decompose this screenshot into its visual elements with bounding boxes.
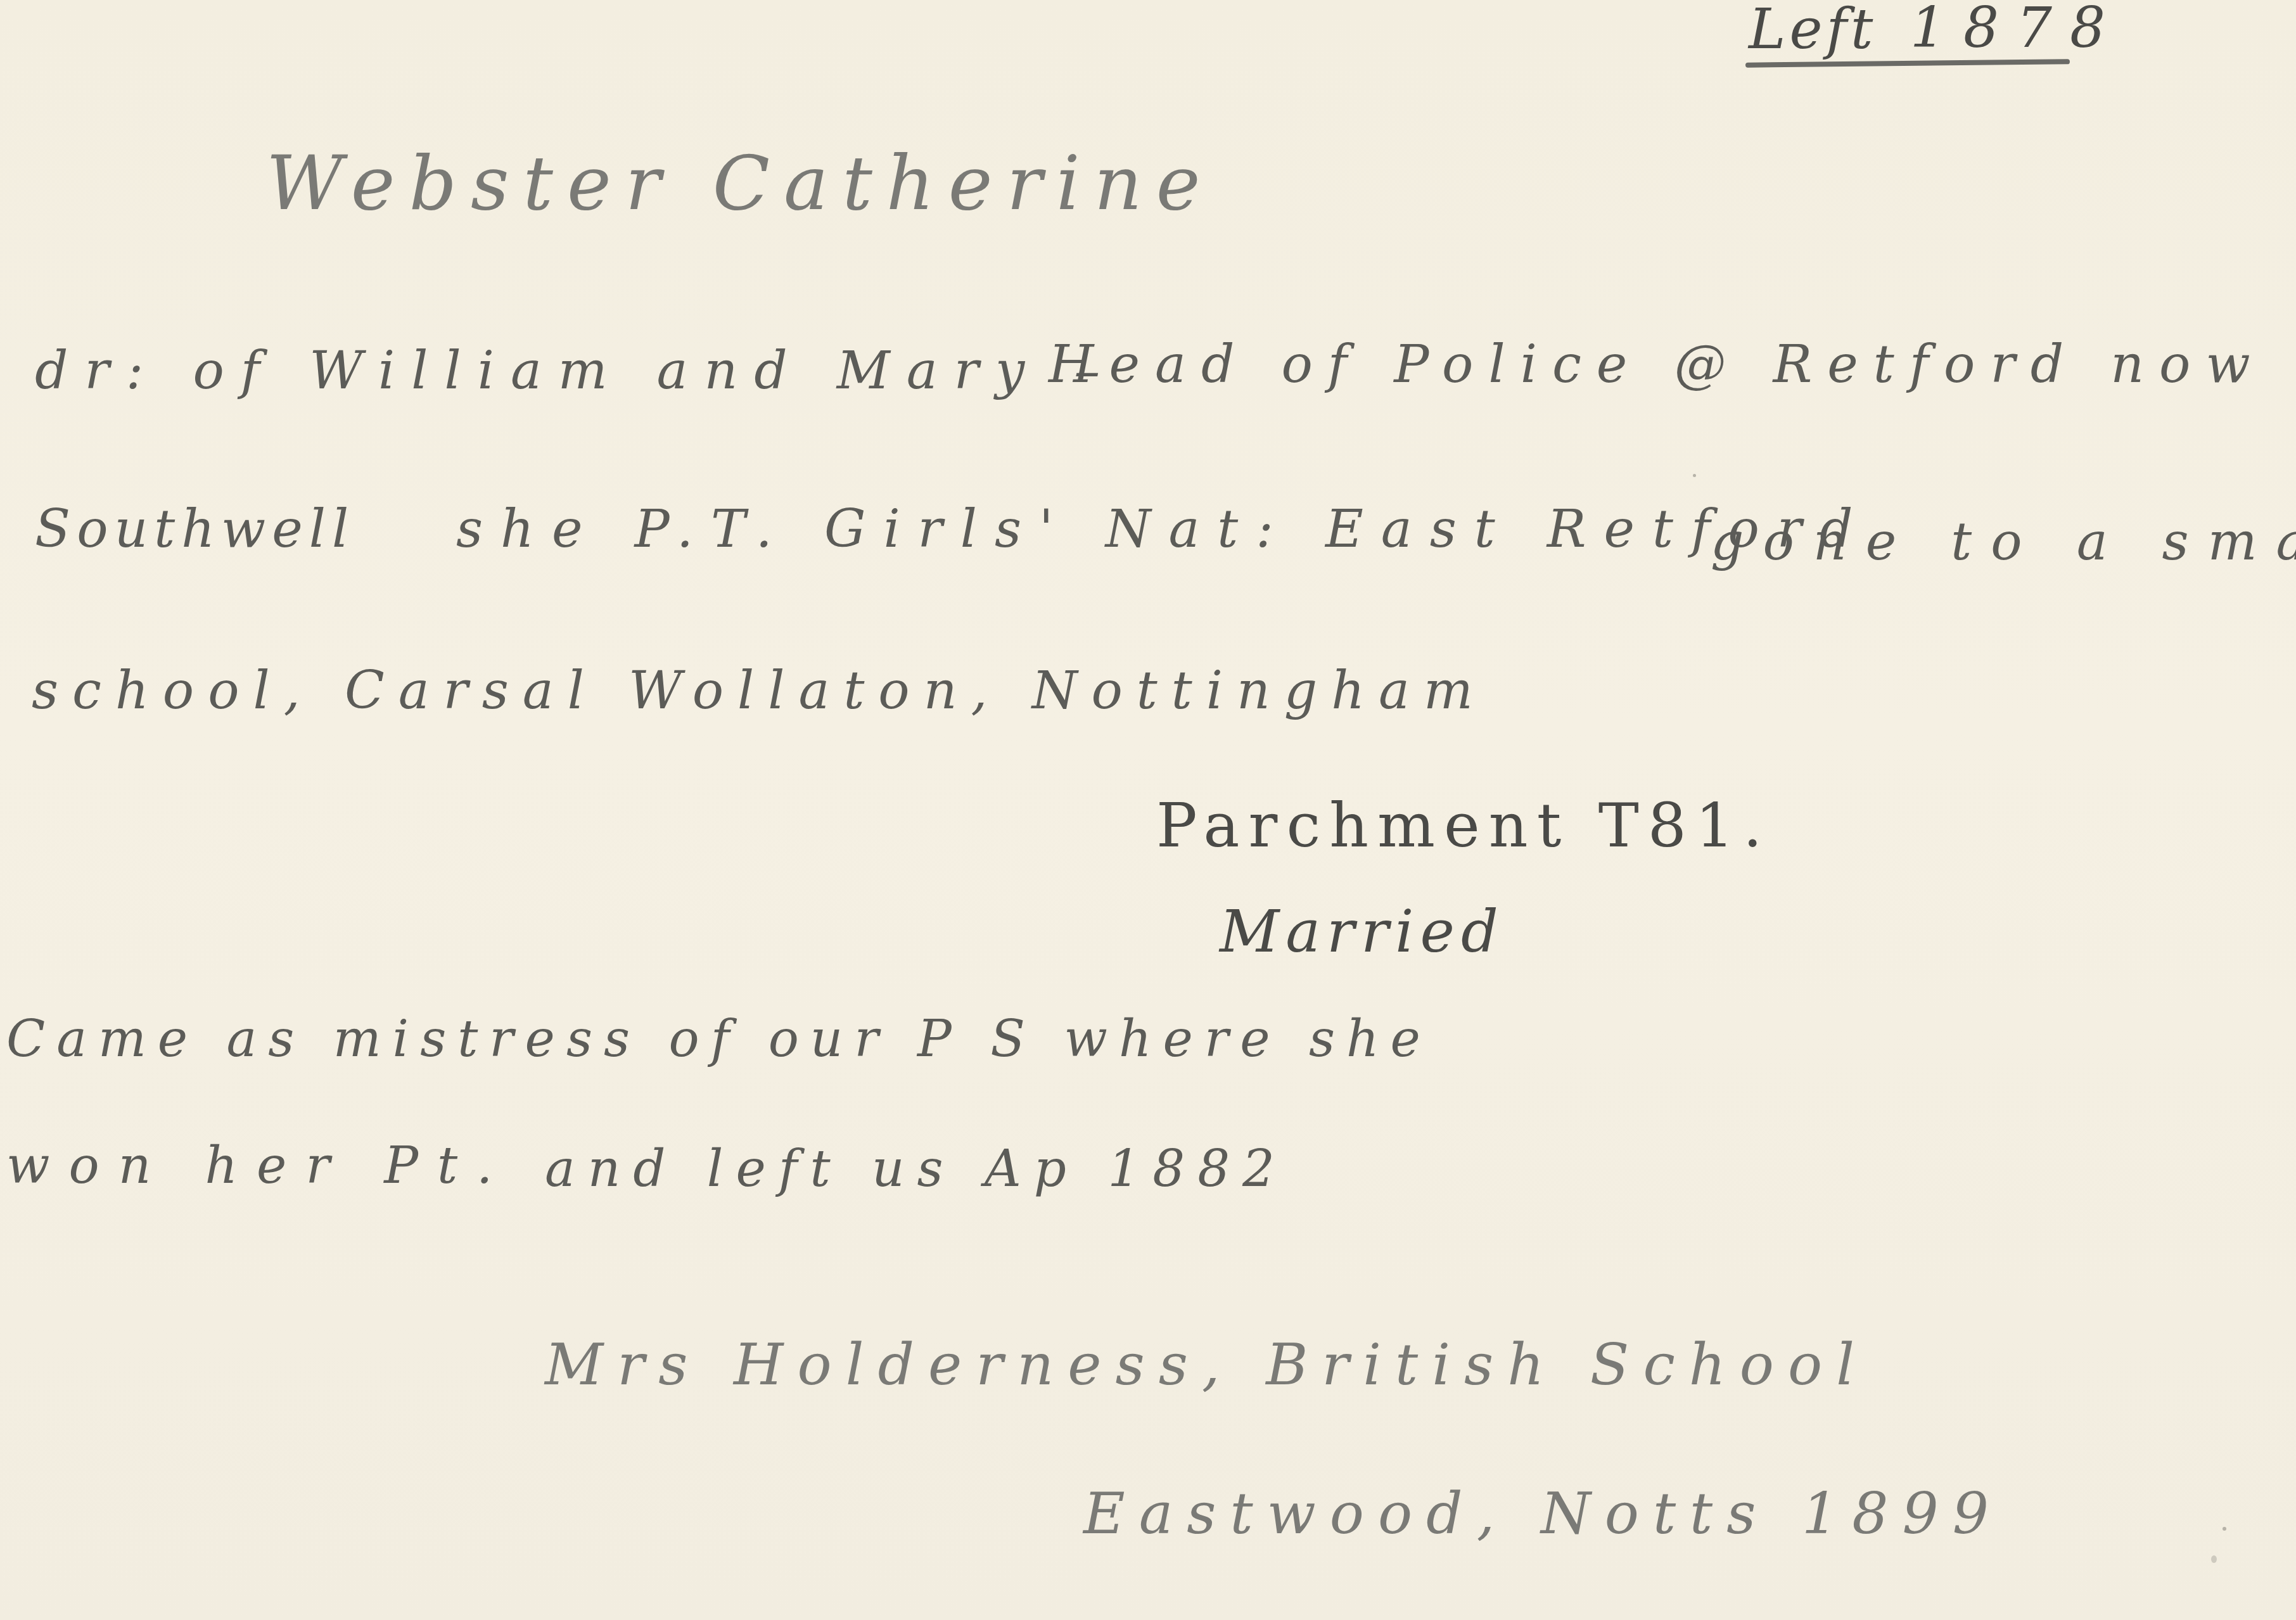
marital-status: Married (1220, 903, 1505, 961)
note-line-won-her-pt: won her Pt. (6, 1140, 512, 1191)
note-line-came-as-mistress: Came as mistress of our P S where she (6, 1014, 1432, 1064)
paper-speck (2223, 1527, 2226, 1531)
paper-speck (1693, 474, 1696, 477)
left-year: 1878 (1910, 0, 2123, 56)
entry-line-gone: gone to a small (1711, 516, 2296, 568)
parchment-number: Parchment T81. (1156, 795, 1771, 856)
reference-place: Eastwood, Notts 1899 (1083, 1486, 2003, 1543)
note-line-left-us: and left us Ap 1882 (545, 1144, 1287, 1194)
entry-line-training: she P.T. Girls' Nat: East Retford (456, 504, 1870, 556)
reference-name: Mrs Holderness, British School (545, 1337, 1868, 1394)
person-name: Webster Catherine (266, 146, 1215, 220)
entry-line-parents: dr: of William and Mary – (35, 345, 1116, 397)
entry-line-father-occupation: Head of Police @ Retford now at (1049, 339, 2296, 391)
entry-line-school: school, Carsal Wollaton, Nottingham (32, 665, 1487, 717)
entry-line-southwell: Southwell (35, 504, 355, 556)
paper-speck (2211, 1555, 2217, 1563)
left-label: Left (1749, 1, 1877, 57)
